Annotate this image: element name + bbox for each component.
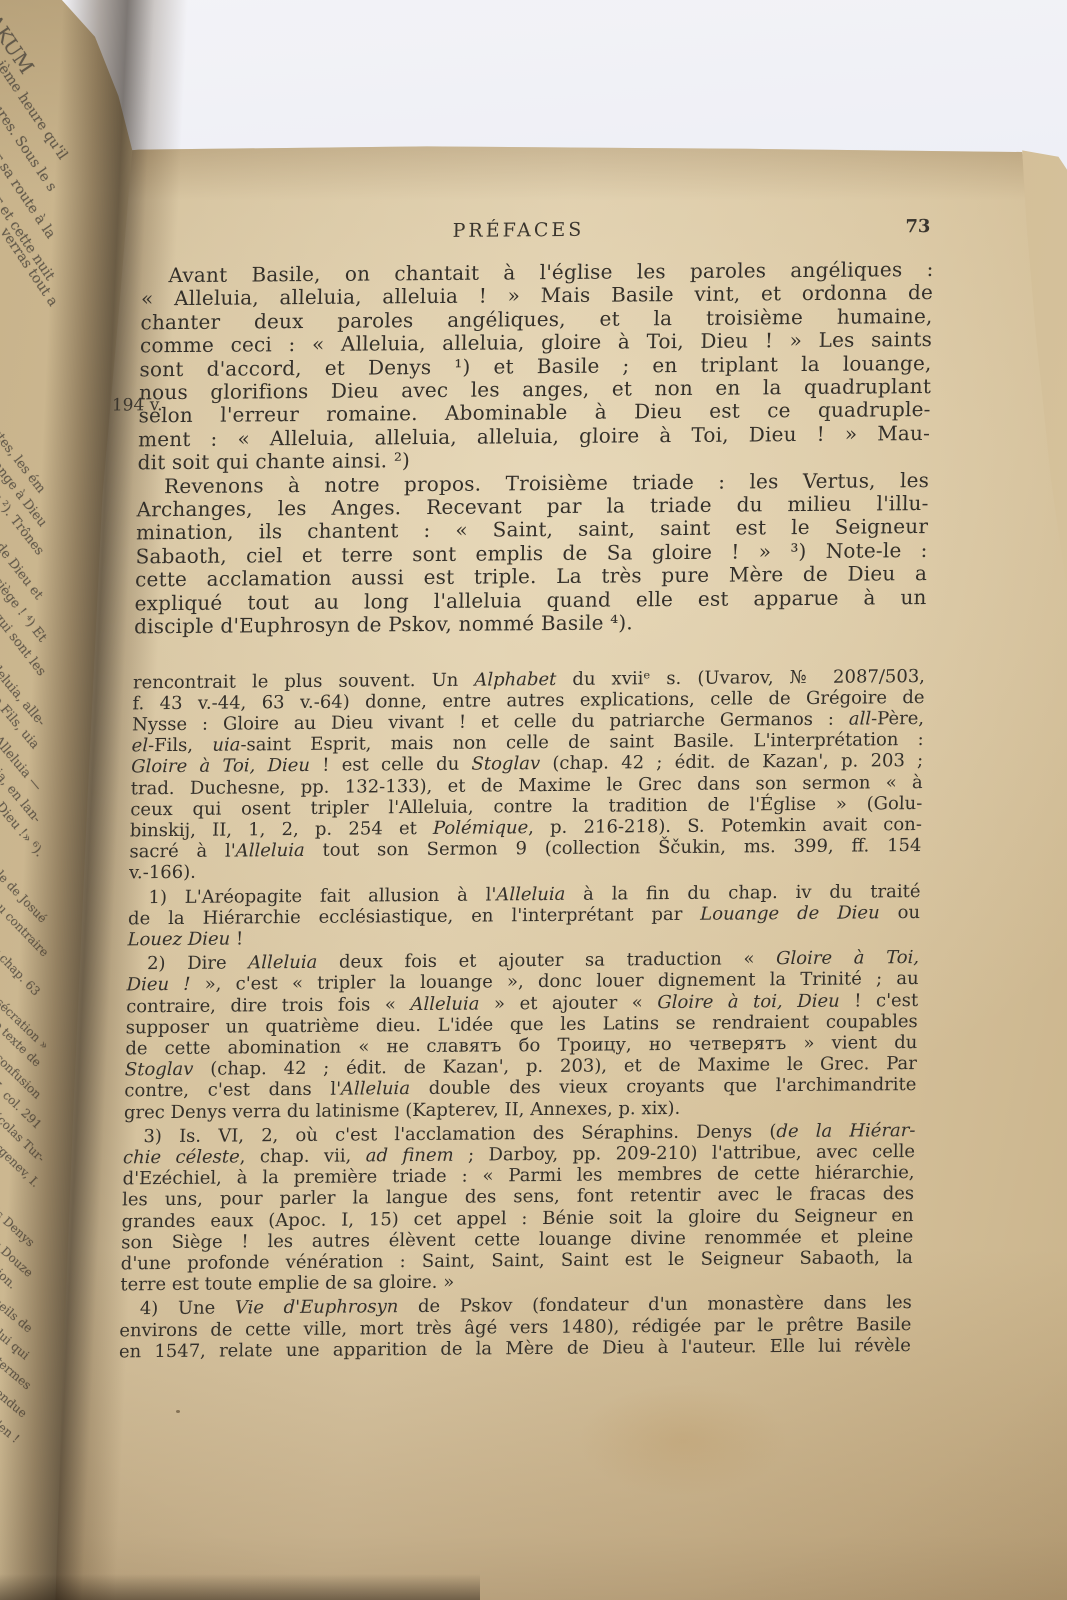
footnote: 1) L'Aréopagite fait allusion à l'Allelu… — [127, 881, 920, 951]
footnote-continuation: rencontrait le plus souvent. Un Alphabet… — [129, 666, 925, 884]
paragraph: Avant Basile, on chantait à l'église les… — [137, 258, 933, 475]
footnote: 4) Une Vie d'Euphrosyn de Pskov (fondate… — [119, 1292, 912, 1362]
text-line: disciple d'Euphrosyn de Pskov, nommé Bas… — [134, 609, 926, 639]
left-page-text-fragment: ième heure qu'il — [0, 58, 70, 163]
body-text: Avant Basile, on chantait à l'église les… — [134, 258, 934, 639]
running-head: PRÉFACES — [142, 216, 894, 244]
page-header: PRÉFACES 73 — [142, 200, 935, 264]
folio-margin-note: 194 v. — [112, 395, 163, 415]
footnotes: rencontrait le plus souvent. Un Alphabet… — [119, 666, 926, 1363]
page-number: 73 — [905, 216, 931, 237]
paper-speck — [176, 1410, 180, 1413]
footnote: 2) Dire Alleluia deux fois et ajouter sa… — [124, 947, 920, 1123]
bottom-edge-shadow — [0, 1574, 480, 1600]
book-photo: { "colors": { "background": "#e6e9f3", "… — [0, 0, 1067, 1600]
page-content: PRÉFACES 73 194 v. Avant Basile, on chan… — [119, 200, 935, 1362]
footnote: 3) Is. VI, 2, où c'est l'acclamation des… — [120, 1120, 916, 1296]
paragraph: Revenons à notre propos. Troisième triad… — [134, 469, 929, 639]
